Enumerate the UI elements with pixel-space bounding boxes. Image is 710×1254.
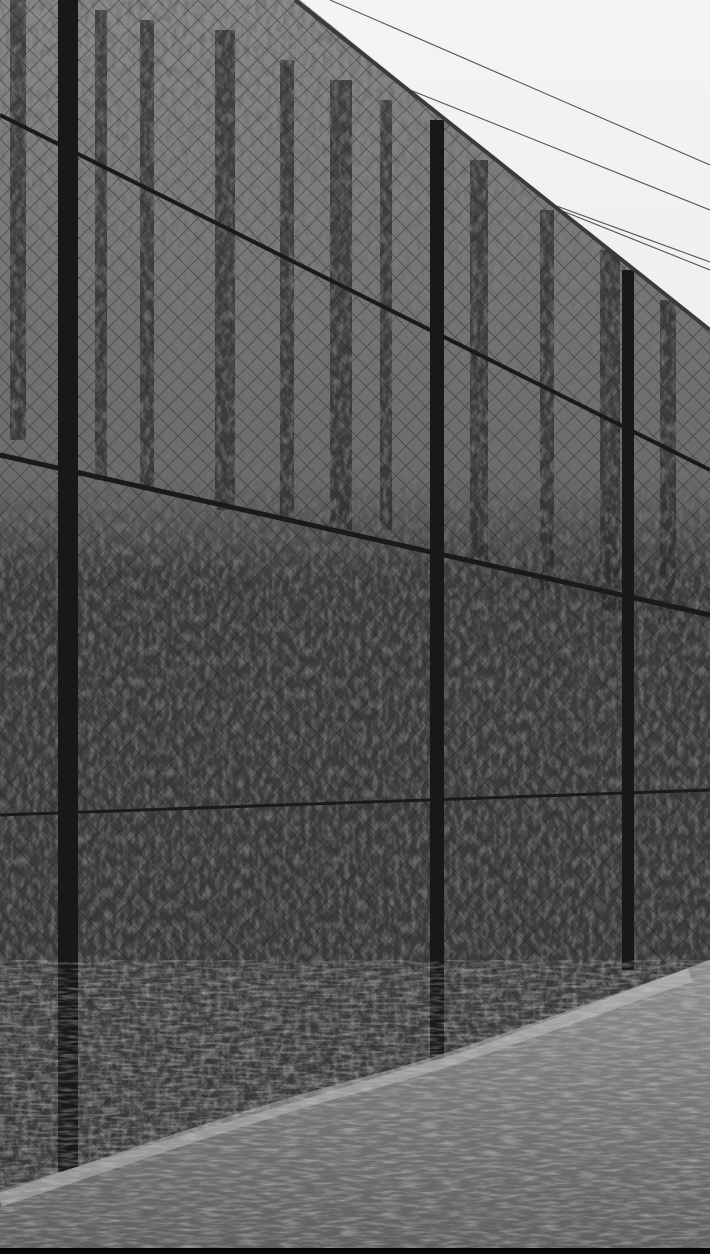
fence-photo bbox=[0, 0, 710, 1254]
photo-scene bbox=[0, 0, 710, 1254]
bottom-border bbox=[0, 1248, 710, 1254]
